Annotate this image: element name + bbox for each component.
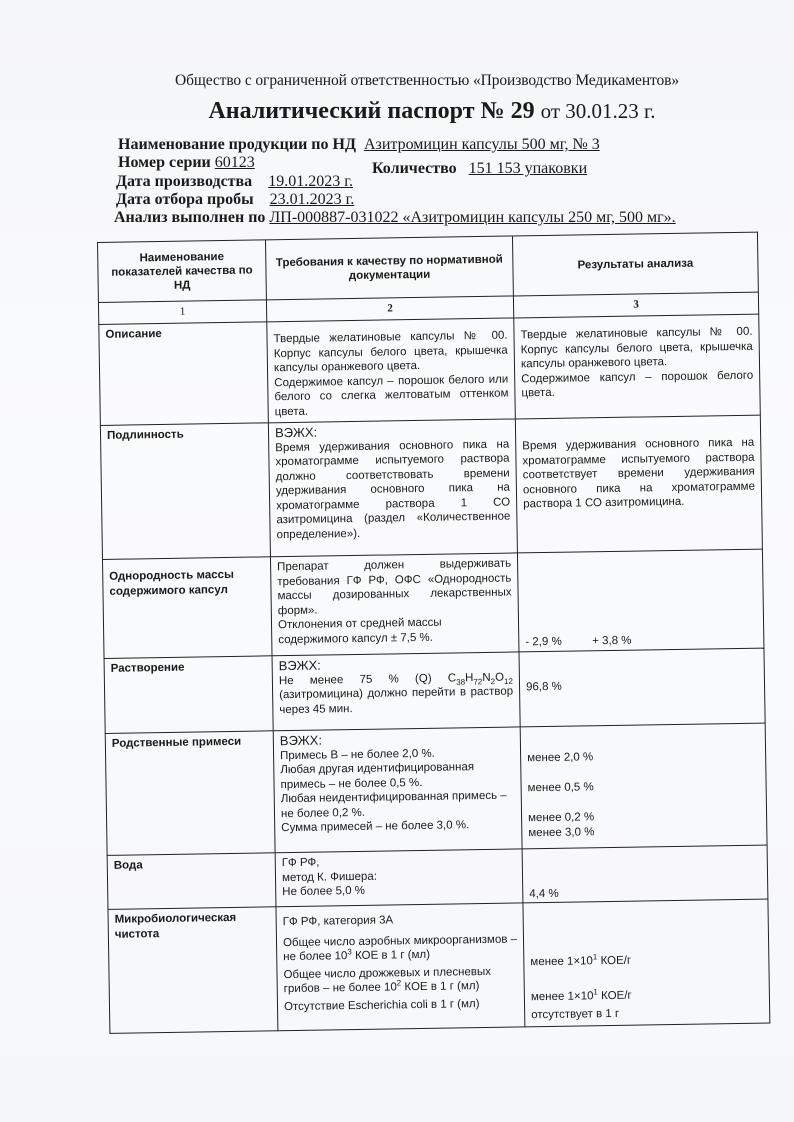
requirement-cell: Твердые желатиновые капсулы № 00. Корпус… [267,318,516,423]
header-requirements: Требования к качеству по нормативной док… [265,236,513,300]
requirement-text: Содержимое капсул – порошок белого или б… [274,372,509,419]
requirement-text: Не более 5,0 % [282,881,516,899]
column-number: 1 [98,300,266,325]
dissolution-formula-text: Не менее 75 % (Q) C38H72N2O12 (азитромиц… [279,670,514,717]
result-text: менее 1×10 [531,990,594,1003]
production-date-label: Дата производства [116,173,252,190]
passport-number: Аналитический паспорт № 29 [208,98,534,124]
production-date-line: Дата производства 19.01.2023 г. [116,173,353,191]
document-title: Аналитический паспорт № 29 от 30.01.23 г… [0,98,794,125]
requirement-cell: ГФ РФ, метод К. Фишера: Не более 5,0 % [275,849,523,907]
result-cell: 96,8 % [519,648,765,727]
indicator-name: Родственные примеси [105,731,275,856]
requirement-text: Препарат должен выдерживать требования Г… [277,557,512,619]
formula-prefix: Не менее 75 % (Q) [279,672,448,687]
analysis-label: Анализ выполнен по [114,209,265,226]
sampling-date-value: 23.01.2023 г. [270,191,355,208]
result-text: КОЕ/г [598,989,632,1002]
result-cell: менее 1×101 КОЕ/г менее 1×101 КОЕ/г отсу… [523,899,770,1026]
requirement-fungi: Общее число дрожжевых и плесневых грибов… [283,964,517,997]
passport-date: от 30.01.23 г. [541,99,656,123]
requirement-cell: ВЭЖХ: Примесь В – не более 2,0 %. Любая … [273,727,522,853]
formula-suffix: (азитромицина) должно перейти в раствор … [279,686,513,716]
result-min-deviation: - 2,9 % [525,635,562,648]
formula-sub: 38 [456,677,465,686]
requirement-cell: ВЭЖХ: Не менее 75 % (Q) C38H72N2O12 (ази… [272,652,520,731]
series-line: Номер серии 60123 [118,154,255,172]
result-text: 96,8 % [526,677,758,695]
table-row: Однородность массы содержимого капсул Пр… [102,549,763,658]
quantity-line: Количество 151 153 упаковки [372,160,587,178]
series-label: Номер серии [118,154,211,171]
quantity-label: Количество [372,160,457,177]
requirement-cell: Препарат должен выдерживать требования Г… [270,553,519,656]
table-row: Микробиологическая чистота ГФ РФ, катего… [108,899,770,1033]
product-line: Наименование продукции по НД Азитромицин… [118,136,600,154]
product-value: Азитромицин капсулы 500 мг, № 3 [364,136,600,153]
result-text: менее 1×10 [530,955,593,968]
requirement-text: Любая другая идентифицированная примесь … [280,760,514,793]
result-text: менее 0,5 % [528,778,760,797]
indicator-name: Растворение [104,656,273,734]
requirement-text: КОЕ в 1 г (мл) [401,980,479,993]
requirement-text: Время удерживания основного пика на хром… [275,437,511,542]
result-text: отсутствует в 1 г [531,1005,763,1023]
requirement-text: Отсутствие Escherichia coli в 1 г (мл) [284,996,518,1014]
indicator-name: Описание [99,322,269,426]
production-date-value: 19.01.2023 г. [268,173,353,190]
formula-sub: 12 [504,676,513,685]
formula-sub: 72 [473,677,482,686]
table-row: Родственные примеси ВЭЖХ: Примесь В – не… [105,723,767,855]
result-text: Время удерживания основного пика на хром… [522,436,755,512]
indicator-name: Подлинность [100,423,270,560]
result-text: Твердые желатиновые капсулы № 00. Корпус… [520,325,753,372]
table-row: Растворение ВЭЖХ: Не менее 75 % (Q) C38H… [104,648,765,733]
indicator-name: Вода [107,853,276,910]
result-cell: Твердые желатиновые капсулы № 00. Корпус… [514,314,761,419]
result-fungi: менее 1×101 КОЕ/г [531,986,763,1004]
result-aerobic: менее 1×101 КОЕ/г [530,952,762,970]
requirement-text: Отклонения от средней массы содержимого … [278,615,512,648]
requirement-text: Твердые желатиновые капсулы № 00. Корпус… [273,329,508,376]
series-value: 60123 [215,154,255,171]
result-text: Содержимое капсул – порошок белого цвета… [521,368,753,401]
result-text: менее 3,0 % [528,823,760,842]
indicator-name: Микробиологическая чистота [108,907,278,1033]
requirement-text: Любая неидентифицированная примесь – не … [281,789,515,822]
analysis-value: ЛП-000887-031022 «Азитромицин капсулы 25… [269,209,675,226]
result-cell: менее 2,0 % менее 0,5 % менее 0,2 % мене… [520,723,767,849]
requirement-text: Сумма примесей – не более 3,0 %. [281,818,515,836]
table-row: Описание Твердые желатиновые капсулы № 0… [99,314,761,425]
result-text: менее 2,0 % [527,748,759,767]
quantity-value: 151 153 упаковки [469,160,588,177]
document-page: Общество с ограниченной ответственностью… [0,0,794,1122]
requirement-text: КОЕ в 1 г (мл) [352,949,430,962]
formula-sub: 2 [491,677,496,686]
analysis-line: Анализ выполнен по ЛП-000887-031022 «Ази… [114,209,676,227]
indicator-name: Однородность массы содержимого капсул [102,557,272,659]
table-row: Подлинность ВЭЖХ: Время удерживания осно… [100,415,762,559]
result-cell: 4,4 % [522,845,768,903]
header-indicator: Наименование показателей качества по НД [98,240,267,303]
requirement-cell: ГФ РФ, категория 3А Общее число аэробных… [276,903,525,1030]
requirement-aerobic: Общее число аэробных микроорганизмов – н… [283,932,517,965]
sampling-date-label: Дата отбора пробы [116,191,254,208]
requirement-cell: ВЭЖХ: Время удерживания основного пика н… [268,419,517,557]
quality-table: Наименование показателей качества по НД … [97,232,770,1034]
organization-name: Общество с ограниченной ответственностью… [0,72,794,90]
product-label: Наименование продукции по НД [118,136,356,153]
table-header-row: Наименование показателей качества по НД … [98,232,759,302]
result-text: 4,4 % [529,883,761,901]
header-results: Результаты анализа [512,232,758,296]
result-cell: - 2,9 % + 3,8 % [517,549,764,652]
sampling-date-line: Дата отбора пробы 23.01.2023 г. [116,191,354,209]
result-cell: Время удерживания основного пика на хром… [515,415,762,553]
result-max-deviation: + 3,8 % [592,634,632,647]
result-text: КОЕ/г [597,955,631,968]
